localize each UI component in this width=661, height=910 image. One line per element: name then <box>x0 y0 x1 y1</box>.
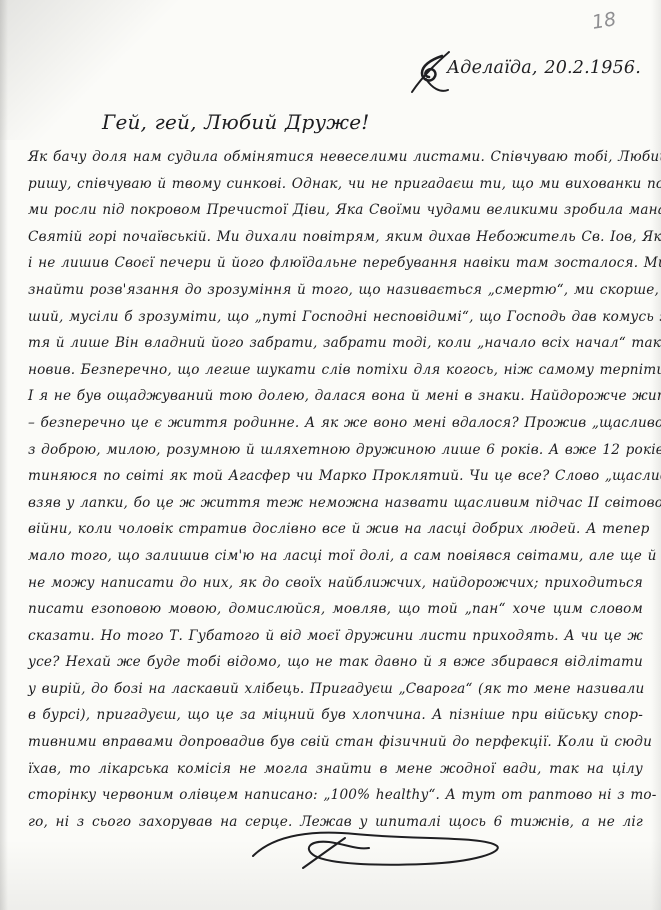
date-line: Аделаїда, 20.2.1956. <box>447 58 641 78</box>
letter-line: Як бачу доля нам судила обмінятися невес… <box>28 144 643 171</box>
letter-line: тивними вправами допровадив був свій ста… <box>28 729 643 756</box>
letter-line: І я не був ощаджуваний тою долею, далася… <box>28 383 643 410</box>
scan-artifact-left-edge <box>0 0 8 910</box>
letter-line: Святій горі почаївській. Ми дихали повіт… <box>28 224 643 251</box>
letter-line: тиняюся по світі як той Агасфер чи Марко… <box>28 463 643 490</box>
letter-body: Як бачу доля нам судила обмінятися невес… <box>28 144 643 835</box>
letter-line: їхав, то лікарська комісія не могла знай… <box>28 756 643 783</box>
letter-line: сказати. Но того Т. Губатого й від моєї … <box>28 623 643 650</box>
letter-line: – безперечно це є життя родинне. А як же… <box>28 410 643 437</box>
letter-line: мало того, що залишив сім'ю на ласці тої… <box>28 543 643 570</box>
letter-line: і не лишив Своєї печери й його флюїдальн… <box>28 250 643 277</box>
letter-line: усе? Нехай же буде тобі відомо, що не та… <box>28 649 643 676</box>
letter-line: тя й лише Він владний його забрати, забр… <box>28 330 643 357</box>
looping-signature-flourish-icon <box>245 826 510 876</box>
letter-line: новив. Безперечно, що легше шукати слів … <box>28 357 643 384</box>
letter-line: не можу написати до них, як до своїх най… <box>28 570 643 597</box>
letter-page: 18 Аделаїда, 20.2.1956. Гей, гей, Любий … <box>0 0 661 910</box>
letter-line: писати езоповою мовою, домислюйся, мовля… <box>28 596 643 623</box>
letter-line: сторінку червоним олівцем написано: „100… <box>28 782 643 809</box>
letter-line: з доброю, милою, розумною й шляхетною др… <box>28 437 643 464</box>
letter-line: взяв у лапки, бо це ж життя теж неможна … <box>28 490 643 517</box>
letter-line: у вирій, до бозі на ласкавий хлібець. Пр… <box>28 676 643 703</box>
letter-line: ший, мусіли б зрозуміти, що „путі Господ… <box>28 304 643 331</box>
page-number: 18 <box>590 8 617 34</box>
salutation: Гей, гей, Любий Друже! <box>102 110 370 134</box>
letter-line: ми росли під покровом Пречистої Діви, Як… <box>28 197 643 224</box>
letter-line: в бурсі), пригадуєш, що це за міцний був… <box>28 702 643 729</box>
letter-line: ришу, співчуваю й твому синкові. Однак, … <box>28 171 643 198</box>
letter-line: знайти розв'язання до зрозуміння й того,… <box>28 277 643 304</box>
letter-line: війни, коли чоловік стратив дослівно все… <box>28 516 643 543</box>
